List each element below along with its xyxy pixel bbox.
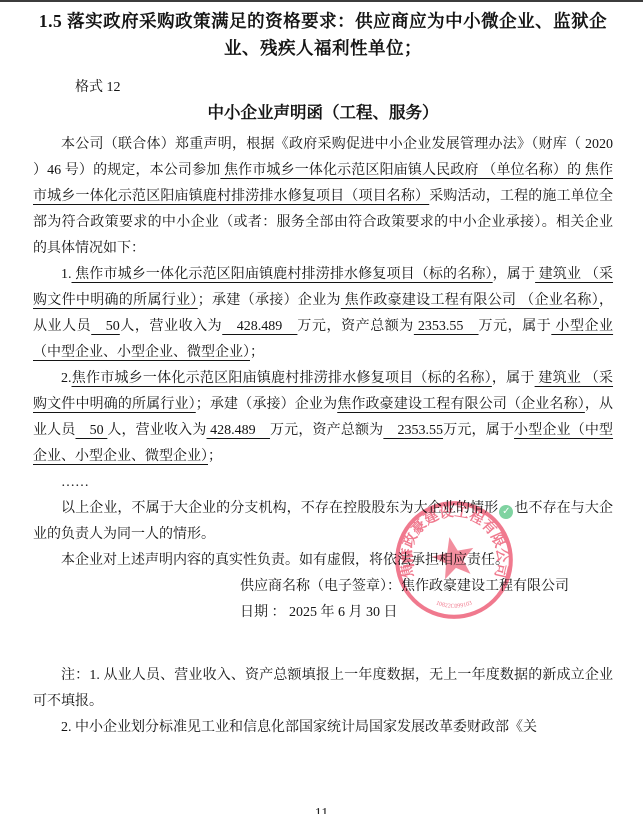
- item1-company-field: 焦作政豪建设工程有限公司 （企业名称）: [341, 293, 599, 308]
- item1-staff-count-field: 50: [91, 319, 120, 334]
- document-body: 本公司（联合体）郑重声明，根据《政府采购促进中小企业发展管理办法》（财库（ 20…: [33, 132, 613, 741]
- format-label: 格式 12: [75, 76, 613, 96]
- item1-revenue-field: 428.489: [222, 319, 297, 334]
- note-2: 2. 中小企业划分标准见工业和信息化部国家统计局国家发展改革委财政部《关: [33, 715, 613, 741]
- item1-assets-field: 2353.55: [414, 319, 479, 334]
- page-content: 1.5 落实政府采购政策满足的资格要求：供应商应为中小微企业、监狱企业、残疾人福…: [33, 2, 613, 741]
- page-number: 11: [0, 806, 643, 814]
- seal-star-icon: [429, 533, 479, 581]
- document-page: 1.5 落实政府采购政策满足的资格要求：供应商应为中小微企业、监狱企业、残疾人福…: [0, 0, 643, 814]
- document-title: 中小企业声明函（工程、服务）: [33, 99, 613, 123]
- declaration-intro-paragraph: 本公司（联合体）郑重声明，根据《政府采购促进中小企业发展管理办法》（财库（ 20…: [33, 132, 613, 262]
- section-heading: 1.5 落实政府采购政策满足的资格要求：供应商应为中小微企业、监狱企业、残疾人福…: [33, 8, 613, 62]
- responsibility-paragraph: 本企业对上述声明内容的真实性负责。如有虚假，将依法承担相应责任。: [33, 548, 613, 574]
- note-1: 注：1. 从业人员、营业收入、资产总额填报上一年度数据，无上一年度数据的新成立企…: [33, 663, 613, 715]
- item2-revenue-field: 428.489: [207, 423, 271, 438]
- enterprise-item-1: 1. 焦作市城乡一体化示范区阳庙镇鹿村排涝排水修复项目（标的名称），属于 建筑业…: [33, 262, 613, 366]
- item2-staff-count-field: 50: [76, 423, 108, 438]
- footnotes: 注：1. 从业人员、营业收入、资产总额填报上一年度数据，无上一年度数据的新成立企…: [33, 663, 613, 741]
- item1-target-name-field: 焦作市城乡一体化示范区阳庙镇鹿村排涝排水修复项目（标的名称）: [72, 267, 493, 282]
- company-seal: 焦作政豪建设工程有限公司 10822C099103: [383, 489, 525, 631]
- item2-assets-field: 2353.55: [383, 423, 443, 438]
- item2-target-name-field: 焦作市城乡一体化示范区阳庙镇鹿村排涝排水修复项目（标的名称）: [72, 371, 492, 386]
- no-affiliation-paragraph: 以上企业，不属于大企业的分支机构，不存在控股股东为大企业的情形✓也不存在与大企业…: [33, 496, 613, 548]
- item2-company-field: 焦作政豪建设工程有限公司（企业名称）: [337, 397, 585, 412]
- enterprise-item-2: 2.焦作市城乡一体化示范区阳庙镇鹿村排涝排水修复项目（标的名称），属于 建筑业 …: [33, 366, 613, 470]
- seal-code: 10822C099103: [435, 600, 473, 609]
- svg-text:10822C099103: 10822C099103: [435, 600, 473, 609]
- ellipsis-line: ……: [33, 470, 613, 496]
